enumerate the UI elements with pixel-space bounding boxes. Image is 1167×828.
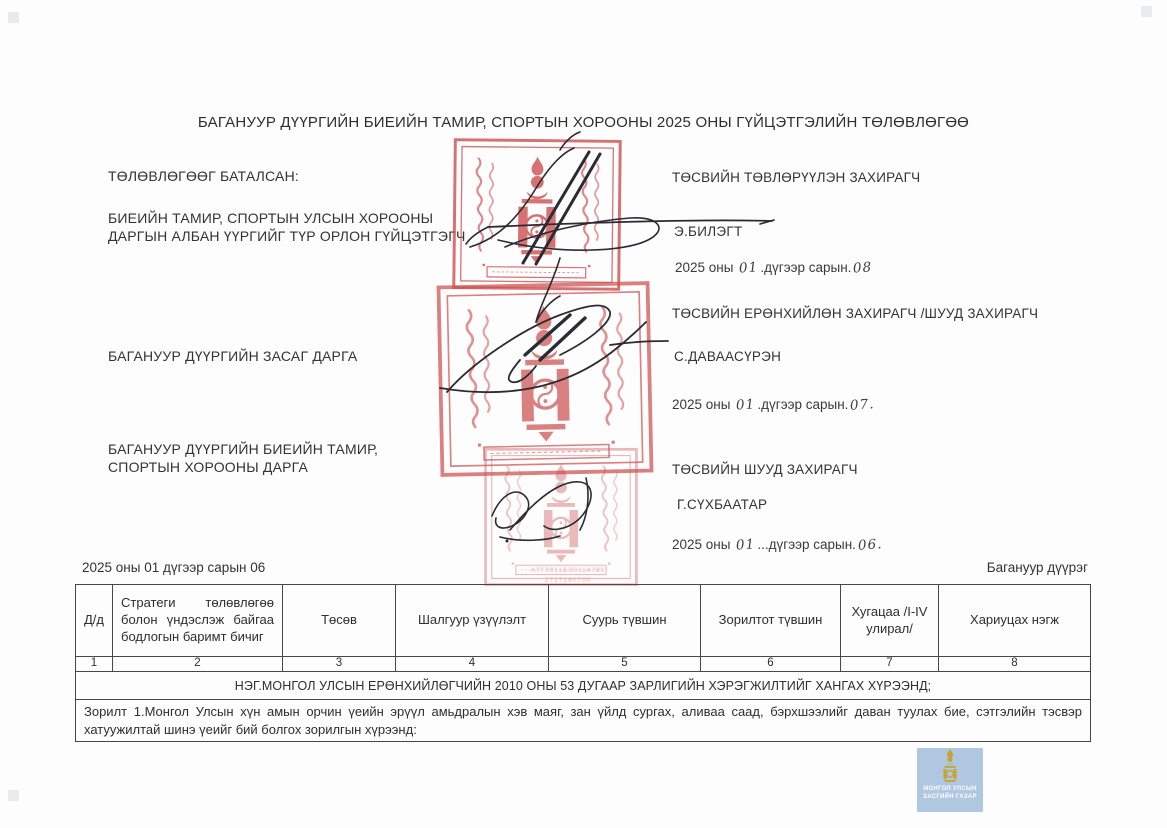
handwritten-month-1: 01: [737, 259, 761, 277]
scan-corner-mark: [8, 790, 19, 801]
logo-text: МОНГОЛ УЛСЫН ЗАСГИЙН ГАЗАР: [923, 785, 977, 801]
date-prefix-1: 2025 оны: [675, 260, 733, 275]
logo-line2: ЗАСГИЙН ГАЗАР: [923, 793, 977, 801]
col-num-2: 2: [113, 657, 283, 672]
budget-role-3: ТӨСВИЙН ШУУД ЗАХИРАГЧ: [672, 462, 858, 477]
approver-2-line1: БАГАНУУР ДҮҮРГИЙН ЗАСАГ ДАРГА: [108, 348, 508, 366]
col-num-1: 1: [76, 657, 113, 672]
col-header-criteria: Шалгуур үзүүлэлт: [396, 585, 549, 657]
approver-1-line1: БИЕИЙН ТАМИР, СПОРТЫН УЛСЫН ХОРООНЫ: [108, 210, 508, 228]
plan-date: 2025 оны 01 дүгээр сарын 06: [82, 560, 265, 575]
col-num-3: 3: [283, 657, 396, 672]
date-line-3: 2025 оны 01...дүгээр сарын.06.: [672, 537, 884, 553]
goal-row: Зорилт 1.Монгол Улсын хүн амын орчин үеи…: [76, 700, 1091, 742]
approver-3-title: БАГАНУУР ДҮҮРГИЙН БИЕИЙН ТАМИР, СПОРТЫН …: [108, 441, 508, 477]
approver-3-line2: СПОРТЫН ХОРООНЫ ДАРГА: [108, 459, 508, 477]
approved-by-label: ТӨЛӨВЛӨГӨӨГ БАТАЛСАН:: [108, 168, 299, 186]
signer-name-1: Э.БИЛЭГТ: [674, 224, 743, 239]
date-line-2: 2025 оны 01.дүгээр сарын.07.: [672, 397, 877, 413]
handwritten-day-3: 06.: [855, 536, 885, 554]
col-header-target: Зорилтот түвшин: [701, 585, 841, 657]
scan-corner-mark: [8, 12, 19, 23]
col-header-index: Д/д: [76, 585, 113, 657]
handwritten-month-3: 01: [734, 536, 758, 554]
date-line-1: 2025 оны 01.дүгээр сарын.08: [675, 260, 875, 276]
col-num-5: 5: [549, 657, 701, 672]
budget-role-1: ТӨСВИЙН ТӨВЛӨРҮҮЛЭН ЗАХИРАГЧ: [672, 170, 920, 185]
col-num-4: 4: [396, 657, 549, 672]
col-header-budget: Төсөв: [283, 585, 396, 657]
date-mid-1: .дүгээр сарын.: [760, 260, 851, 275]
section-heading-row: НЭГ.МОНГОЛ УЛСЫН ЕРӨНХИЙЛӨГЧИЙН 2010 ОНЫ…: [76, 672, 1091, 700]
col-num-8: 8: [939, 657, 1091, 672]
approver-1-line2: ДАРГЫН АЛБАН ҮҮРГИЙГ ТҮР ОРЛОН ГҮЙЦЭТГЭГ…: [108, 228, 508, 246]
handwritten-day-1: 08: [851, 259, 875, 277]
signature-3: [492, 478, 591, 543]
date-mid-2: .дүгээр сарын.: [757, 397, 848, 412]
table-header-row: Д/д Стратеги төлөвлөгөө болон үндэслэж б…: [76, 585, 1091, 657]
date-mid-3: ...дүгээр сарын.: [757, 537, 856, 552]
signer-name-3: Г.СҮХБААТАР: [677, 497, 767, 512]
col-header-baseline: Суурь түвшин: [549, 585, 701, 657]
logo-line1: МОНГОЛ УЛСЫН: [923, 785, 977, 793]
date-prefix-3: 2025 оны: [672, 537, 730, 552]
col-num-6: 6: [701, 657, 841, 672]
column-number-row: 1 2 3 4 5 6 7 8: [76, 657, 1091, 672]
district-name: Багануур дүүрэг: [987, 560, 1088, 575]
col-num-7: 7: [841, 657, 939, 672]
stamp-serial-text: АТГ0911БЗ01147892717190700: [508, 566, 628, 586]
scanned-document-page: БАГАНУУР ДҮҮРГИЙН БИЕИЙН ТАМИР, СПОРТЫН …: [0, 0, 1167, 828]
scan-corner-mark: [1141, 6, 1152, 17]
signer-name-2: С.ДАВААСҮРЭН: [674, 349, 781, 364]
date-prefix-2: 2025 оны: [672, 397, 730, 412]
handwritten-month-2: 01: [734, 396, 758, 414]
col-header-responsible: Хариуцах нэгж: [939, 585, 1091, 657]
approver-1-title: БИЕИЙН ТАМИР, СПОРТЫН УЛСЫН ХОРООНЫ ДАРГ…: [108, 210, 508, 246]
document-title: БАГАНУУР ДҮҮРГИЙН БИЕИЙН ТАМИР, СПОРТЫН …: [0, 114, 1167, 131]
government-logo: МОНГОЛ УЛСЫН ЗАСГИЙН ГАЗАР: [917, 748, 983, 812]
approver-2-title: БАГАНУУР ДҮҮРГИЙН ЗАСАГ ДАРГА: [108, 348, 508, 366]
approver-3-line1: БАГАНУУР ДҮҮРГИЙН БИЕИЙН ТАМИР,: [108, 441, 508, 459]
handwritten-day-2: 07.: [848, 396, 878, 414]
soyombo-icon: [939, 748, 961, 784]
section-heading-text: НЭГ.МОНГОЛ УЛСЫН ЕРӨНХИЙЛӨГЧИЙН 2010 ОНЫ…: [76, 672, 1091, 700]
col-header-period: Хугацаа /I-IV улирал/: [841, 585, 939, 657]
plan-table: Д/д Стратеги төлөвлөгөө болон үндэслэж б…: [75, 584, 1091, 742]
budget-role-2: ТӨСВИЙН ЕРӨНХИЙЛӨН ЗАХИРАГЧ /ШУУД ЗАХИРА…: [672, 306, 1038, 321]
goal-text: Зорилт 1.Монгол Улсын хүн амын орчин үеи…: [76, 700, 1091, 742]
col-header-strategy: Стратеги төлөвлөгөө болон үндэслэж байга…: [113, 585, 283, 657]
